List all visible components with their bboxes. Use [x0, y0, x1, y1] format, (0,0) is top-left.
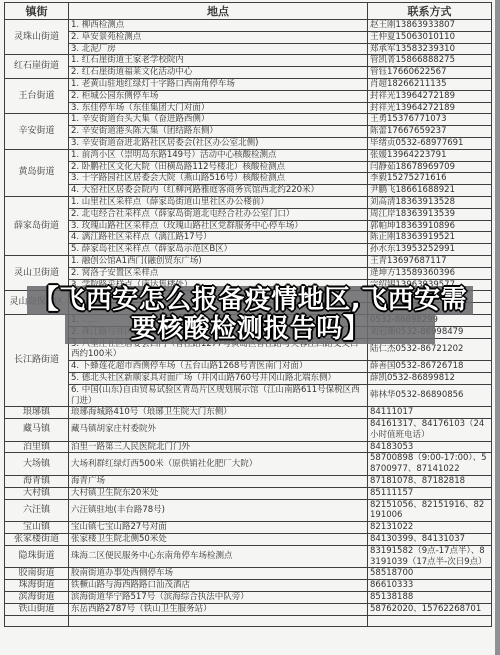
table-row: 隐珠街道珠海二区便民服务中心东南角停车场检测点83191582（9点-17点半）… [5, 545, 492, 568]
town-cell: 薛家岛街道 [5, 196, 69, 255]
place-cell: 3. 辛安街道奋进北路社区居委会(社区办公室北侧) [69, 137, 368, 149]
table-row: 灵珠山街道1. 柳西检测点赵王刚13863933807 [5, 20, 492, 32]
table-row: 大场镇大场利群红绿灯西500米（原供销社化肥厂大院）58700898（9:00-… [5, 453, 492, 476]
contact-cell: 郑承军13583239310 [368, 43, 492, 55]
contact-cell: 周江岸18363913539 [368, 208, 492, 220]
town-cell: 大村镇 [5, 487, 69, 499]
place-cell: 1. 柳西检测点 [69, 20, 368, 32]
table-row: 4. 大窑社区居委会院内（红柳河路雅庭客商务宾馆西北约220米）尹鹏飞18661… [5, 185, 492, 197]
place-cell: 3. 北泥厂房 [69, 43, 368, 55]
place-cell: 3. 十字路园社区居委会大院（燕山路516号）核酸检测点 [69, 173, 368, 185]
contact-cell: 逄坤方13589360396 [368, 267, 492, 279]
contact-cell: 87181078、87182818 [368, 476, 492, 488]
contact-cell: 85138188 [368, 592, 492, 604]
table-row: 藏马镇藏马镇胡家庄村委院外84161317、84176103（24小时值班电话） [5, 419, 492, 442]
contact-cell: 孙水东13953252991 [368, 244, 492, 256]
table-row: 红石崖街道1. 红石崖街道王家老学校院内管凯菁15866888275 [5, 55, 492, 67]
contact-cell: 管凯菁15866888275 [368, 55, 492, 67]
contact-cell: 58700898（9:00-17:00）、58700977、87141022 [368, 453, 492, 476]
contact-cell: 58762020、15762268701 [368, 603, 492, 615]
town-cell: 辛安街道 [5, 114, 69, 149]
contact-cell: 封祥光13964272189 [368, 90, 492, 102]
place-cell: 1. 辛安街道台头大集（奋进路西侧） [69, 114, 368, 126]
place-cell: 2. 北屯经合社采样点（薛家岛街道北屯经合社办公室门口） [69, 208, 368, 220]
town-cell: 红石崖街道 [5, 55, 69, 79]
place-cell: 2. 阜安景苑检测点 [69, 31, 368, 43]
place-cell: 大场利群红绿灯西500米（原供销社化肥厂大院） [69, 453, 368, 476]
town-cell: 琅琊镇 [5, 407, 69, 419]
contact-cell: 李毅15275271616 [368, 173, 492, 185]
town-cell: 六汪镇 [5, 499, 69, 522]
contact-cell: 陈蕾17667659237 [368, 126, 492, 138]
place-cell: 5. 德北头社区新顺家具对面广场（井冈山路760号井冈山路北端东侧） [69, 372, 368, 384]
table-row: 3. 辛安街道奋进北路社区居委会(社区办公室北侧)毕绪贞0532-6897769… [5, 137, 492, 149]
screenshot-root: 镇街 地点 联系方式 灵珠山街道1. 柳西检测点赵王刚138639338072.… [0, 0, 500, 655]
place-cell: 2. 辛安街道港头陈大集（团结路东侧） [69, 126, 368, 138]
place-cell: 1. 红石崖街道王家老学校院内 [69, 55, 368, 67]
contact-cell: 58518700 [368, 568, 492, 580]
contact-cell: 韩林华0532-86890856 [368, 384, 492, 407]
place-cell: 3. 玫瑰山路社区采样点（玫瑰山路社区党群服务中心停车场） [69, 220, 368, 232]
place-cell: 东岳西路2787号（铁山卫生服务站） [69, 603, 368, 615]
contact-cell: 赵王刚13863933807 [368, 20, 492, 32]
table-row: 2. 柜城公园东侧停车场封祥光13964272189 [5, 90, 492, 102]
contact-cell: 王仲夏15063010110 [368, 31, 492, 43]
place-cell: 6. 中国(山东)自由贸易试验区青岛片区规划展示馆（江山南路611号保税区西门进… [69, 384, 368, 407]
table-row: 2. 红石崖街道福莱文化活动中心管钰17660622567 [5, 67, 492, 79]
table-row: 灵山卫街道1. 融创公馆A1西门(融创贸东广场)王青13697687117 [5, 255, 492, 267]
watermark-title-line1: 【飞西安怎么报备疫情地区,飞西安需 [27, 286, 473, 315]
watermark-title: 【飞西安怎么报备疫情地区,飞西安需 要核酸检测报告吗】 [0, 286, 500, 344]
contact-cell: 84111017 [368, 407, 492, 419]
town-cell: 宝山镇 [5, 522, 69, 534]
town-cell: 张家楼街道 [5, 534, 69, 546]
town-cell: 大场镇 [5, 453, 69, 476]
contact-cell: 薛善国0532-86726718 [368, 361, 492, 373]
town-cell: 胶南街道 [5, 568, 69, 580]
place-cell: 琅琊海城路410号（琅琊卫生院大门东侧） [69, 407, 368, 419]
contact-cell: 尹鹏飞18661688921 [368, 185, 492, 197]
header-contact: 联系方式 [368, 3, 492, 20]
table-row: 王台街道1. 老黄山驻地红绿灯十字路口西南角停车场肖超18266211135 [5, 78, 492, 90]
place-cell: 海青广场 [69, 476, 368, 488]
place-cell: 1. 前湾小区（崇明岛东路149号）活动中心核酸检测点 [69, 149, 368, 161]
contact-cell: 83191582（9点-17点半）、83191039（17点半-次日9点） [368, 545, 492, 568]
table-row: 琅琊镇琅琊海城路410号（琅琊卫生院大门东侧）84111017 [5, 407, 492, 419]
table-row: 六汪镇六汪镇驻地(丰台路78号)82151056、82151916、821910… [5, 499, 492, 522]
table-row: 黄岛街道1. 前湾小区（崇明岛东路149号）活动中心核酸检测点张媛1396422… [5, 149, 492, 161]
place-cell: 2. 卧鹏社区文化大院（田横岛路112号楼北）核酸检测点 [69, 161, 368, 173]
place-cell: 1. 融创公馆A1西门(融创贸东广场) [69, 255, 368, 267]
contact-cell: 84130399、84131037 [368, 534, 492, 546]
place-cell: 2. 柜城公园东侧停车场 [69, 90, 368, 102]
town-cell: 隐珠街道 [5, 545, 69, 568]
contact-cell [368, 615, 492, 626]
table-row: 滨海街道滨海街道华宁路517号（滨海综合执法中队旁）85138188 [5, 592, 492, 604]
town-cell: 海青镇 [5, 476, 69, 488]
contact-cell: 封祥光13964272189 [368, 102, 492, 114]
contact-cell: 82151056、82151916、82191006 [368, 499, 492, 522]
place-cell: 六汪镇驻地(丰台路78号) [69, 499, 368, 522]
table-row: 3. 玫瑰山路社区采样点（玫瑰山路社区党群服务中心停车场）郭帕坤18363910… [5, 220, 492, 232]
contact-cell: 管钰17660622567 [368, 67, 492, 79]
town-cell: 铁山街道 [5, 603, 69, 615]
contact-cell: 闫静茹18678969709 [368, 161, 492, 173]
table-row: 胶南街道胶南街道办事处西侧停车场58518700 [5, 568, 492, 580]
table-row: 2. 辛安街道港头陈大集（团结路东侧）陈蕾17667659237 [5, 126, 492, 138]
table-row: 海青镇海青广场87181078、87182818 [5, 476, 492, 488]
table-row: 3. 北泥厂房郑承军13583239310 [5, 43, 492, 55]
place-cell: 1. 老黄山驻地红绿灯十字路口西南角停车场 [69, 78, 368, 90]
place-cell: 胶南街道办事处西侧停车场 [69, 568, 368, 580]
place-cell: 张家楼卫生院北侧50米处 [69, 534, 368, 546]
table-row: 铁山街道东岳西路2787号（铁山卫生服务站）58762020、157622687… [5, 603, 492, 615]
table-row: 5. 薛家岛社区采样点（薛家岛示范区B区）孙水东13953252991 [5, 244, 492, 256]
place-cell: 泊里一路第三人民医院北门门外 [69, 441, 368, 453]
table-row: 5. 德北头社区新顺家具对面广场（井冈山路760号井冈山路北端东侧）薛凯0532… [5, 372, 492, 384]
place-cell [69, 615, 368, 626]
town-cell: 灵珠山街道 [5, 20, 69, 55]
place-cell: 2. 红石崖街道福莱文化活动中心 [69, 67, 368, 79]
place-cell: 3. 东佳停车场（东佳集团大门对面） [69, 102, 368, 114]
place-cell: 大村镇卫生院东20米处 [69, 487, 368, 499]
place-cell: 铁橛山路与海西路路口汕茂酒店 [69, 580, 368, 592]
table-row: 辛安街道1. 辛安街道台头大集（奋进路西侧）王勇15376771073 [5, 114, 492, 126]
contact-cell: 85111157 [368, 487, 492, 499]
town-cell [5, 615, 69, 626]
table-row: 3. 东佳停车场（东佳集团大门对面）封祥光13964272189 [5, 102, 492, 114]
table-row-stub [5, 615, 492, 626]
table-row: 张家楼街道张家楼卫生院北侧50米处84130399、84131037 [5, 534, 492, 546]
contact-cell: 刘高清18363913528 [368, 196, 492, 208]
contact-cell: 郭帕坤18363910896 [368, 220, 492, 232]
table-row: 2. 北屯经合社采样点（薛家岛街道北屯经合社办公室门口）周江岸183639135… [5, 208, 492, 220]
table-row: 2. 阜安景苑检测点王仲夏15063010110 [5, 31, 492, 43]
place-cell: 5. 薛家岛社区采样点（薛家岛示范区B区） [69, 244, 368, 256]
table-row: 泊里镇泊里一路第三人民医院北门门外84183053 [5, 441, 492, 453]
table-row: 2. 卧鹏社区文化大院（田横岛路112号楼北）核酸检测点闫静茹186789697… [5, 161, 492, 173]
table-row: 宝山镇宝山镇七宝山路27号对面82131022 [5, 522, 492, 534]
town-cell: 王台街道 [5, 78, 69, 113]
contact-cell: 薛凯0532-86899812 [368, 372, 492, 384]
town-cell: 珠海街道 [5, 580, 69, 592]
contact-cell: 82131022 [368, 522, 492, 534]
place-cell: 1. 山里社区采样点（薛家岛街道山里社区办公楼前） [69, 196, 368, 208]
contact-cell: 肖超18266211135 [368, 78, 492, 90]
contact-cell: 张媛13964223791 [368, 149, 492, 161]
table-header-row: 镇街 地点 联系方式 [5, 3, 492, 20]
header-town: 镇街 [5, 3, 69, 20]
header-place: 地点 [69, 3, 368, 20]
table-row: 4. 卜蜂莲花超市西侧停车场（五台山路1268号青医南门对面）薛善国0532-8… [5, 361, 492, 373]
place-cell: 滨海街道华宁路517号（滨海综合执法中队旁） [69, 592, 368, 604]
contact-cell: 84183053 [368, 441, 492, 453]
contact-cell: 王勇15376771073 [368, 114, 492, 126]
contact-cell: 王青13697687117 [368, 255, 492, 267]
place-cell: 藏马镇胡家庄村委院外 [69, 419, 368, 442]
contact-cell: 86610333 [368, 580, 492, 592]
town-cell: 泊里镇 [5, 441, 69, 453]
town-cell: 滨海街道 [5, 592, 69, 604]
contact-cell: 陈正刚18363919521 [368, 232, 492, 244]
table-row: 4. 漓江路社区采样点（漓江路17号）陈正刚18363919521 [5, 232, 492, 244]
contact-cell: 84161317、84176103（24小时值班电话） [368, 419, 492, 442]
place-cell: 4. 卜蜂莲花超市西侧停车场（五台山路1268号青医南门对面） [69, 361, 368, 373]
table-row: 珠海街道铁橛山路与海西路路口汕茂酒店86610333 [5, 580, 492, 592]
table-row: 3. 十字路园社区居委会大院（燕山路516号）核酸检测点李毅1527527161… [5, 173, 492, 185]
place-cell: 2. 窝洛子安置区采样点 [69, 267, 368, 279]
table-row: 6. 中国(山东)自由贸易试验区青岛片区规划展示馆（江山南路611号保税区西门进… [5, 384, 492, 407]
place-cell: 宝山镇七宝山路27号对面 [69, 522, 368, 534]
town-cell: 黄岛街道 [5, 149, 69, 196]
table-row: 2. 窝洛子安置区采样点逄坤方13589360396 [5, 267, 492, 279]
place-cell: 4. 大窑社区居委会院内（红柳河路雅庭客商务宾馆西北约220米） [69, 185, 368, 197]
contact-cell: 毕绪贞0532-68977691 [368, 137, 492, 149]
place-cell: 珠海二区便民服务中心东南角停车场检测点 [69, 545, 368, 568]
watermark-title-line2: 要核酸检测报告吗】 [65, 315, 436, 344]
place-cell: 4. 漓江路社区采样点（漓江路17号） [69, 232, 368, 244]
table-row: 薛家岛街道1. 山里社区采样点（薛家岛街道山里社区办公楼前）刘高清1836391… [5, 196, 492, 208]
table-row: 大村镇大村镇卫生院东20米处85111157 [5, 487, 492, 499]
town-cell: 藏马镇 [5, 419, 69, 442]
